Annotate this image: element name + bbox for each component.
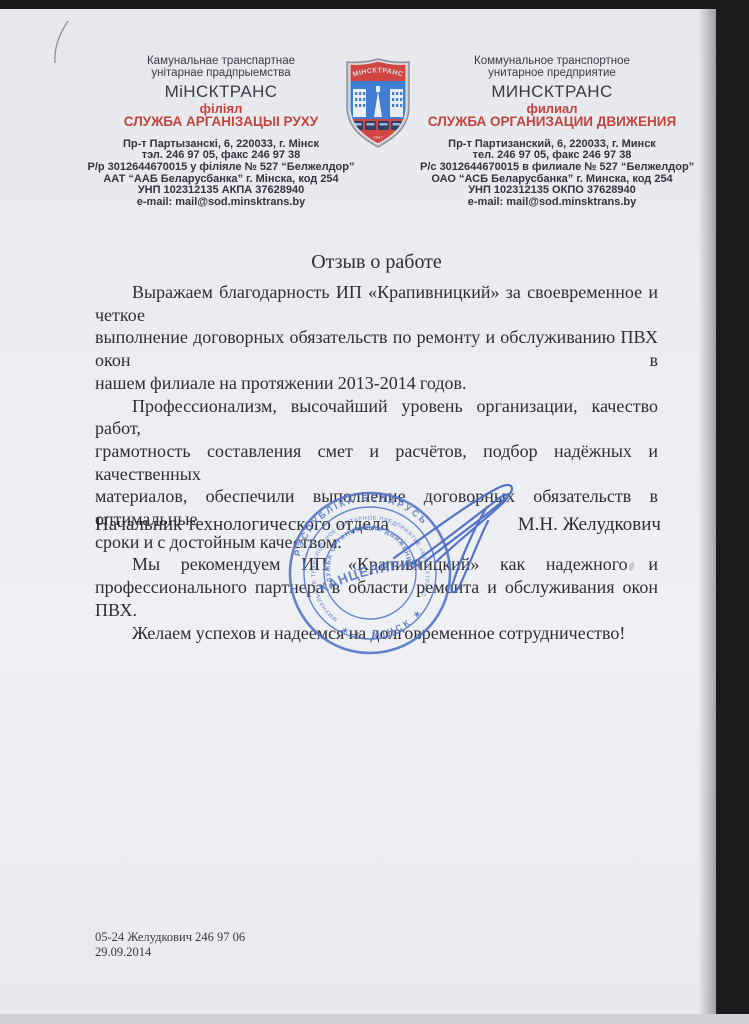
pen-mark xyxy=(46,18,72,66)
address-block-line: e-mail: mail@sod.minsktrans.by xyxy=(420,197,684,209)
service-name: СЛУЖБА ОРГАНИЗАЦИИ ДВИЖЕНИЯ xyxy=(420,115,684,129)
org-name: МіНСКТРАНС xyxy=(86,83,356,100)
division-label: филиал xyxy=(420,102,684,115)
org-type-line1: Камунальнае транспартнае xyxy=(86,55,356,67)
address-block-line: Р/р 3012644670015 у філіяле № 527 “Белже… xyxy=(86,162,356,174)
document-title: Отзыв о работе xyxy=(95,251,658,274)
handwritten-signature xyxy=(388,478,533,613)
body-paragraph-1-line: выполнение договорных обязательств по ре… xyxy=(95,326,658,371)
address-block-line: Р/с 3012644670015 в филиале № 527 “Белже… xyxy=(420,162,684,174)
scan-right-edge-shadow xyxy=(698,9,716,1015)
body-paragraph-1-line: Выражаем благодарность ИП «Крапивницкий»… xyxy=(95,281,658,326)
body-paragraph-2-line: Профессионализм, высочайший уровень орга… xyxy=(95,395,658,440)
body-paragraph-1: Выражаем благодарность ИП «Крапивницкий»… xyxy=(95,281,658,395)
address-block: Пр-т Партызанскі, 6, 220033, г. Мінсктэл… xyxy=(86,139,356,209)
org-type-line1: Коммунальное транспортное xyxy=(420,55,684,67)
emblem-year: 1947 xyxy=(373,135,384,140)
division-label: філіял xyxy=(86,102,356,115)
signer-name: М.Н. Желудкович xyxy=(518,514,661,536)
scan-top-edge xyxy=(0,0,749,9)
emblem-buildings xyxy=(353,86,403,117)
scan-right-edge xyxy=(716,0,749,1015)
body-paragraph-1-line: нашем филиале на протяжении 2013-2014 го… xyxy=(95,372,658,395)
address-block: Пр-т Партизанский, 6, 220033, г. Минскте… xyxy=(420,139,684,209)
org-name: МИНСКТРАНС xyxy=(420,83,684,100)
address-block-line: e-mail: mail@sod.minsktrans.by xyxy=(86,197,356,209)
scan-bottom-edge xyxy=(0,1014,749,1024)
footer-reference-line: 29.09.2014 xyxy=(95,945,245,960)
letterhead-left: Камунальнае транспартнае унітарнае прадп… xyxy=(86,55,356,208)
footer-reference: 05-24 Желудкович 246 97 0629.09.2014 xyxy=(95,930,245,960)
org-type-line2: унитарное предприятие xyxy=(420,67,684,79)
minsktrans-emblem-icon: 1947 МІНСКТРАНС xyxy=(343,57,413,149)
footer-reference-line: 05-24 Желудкович 246 97 06 xyxy=(95,930,245,945)
service-name: СЛУЖБА АРГАНІЗАЦЫІ РУХУ xyxy=(86,115,356,129)
org-type-line2: унітарнае прадпрыемства xyxy=(86,67,356,79)
letterhead-right: Коммунальное транспортное унитарное пред… xyxy=(420,55,684,208)
